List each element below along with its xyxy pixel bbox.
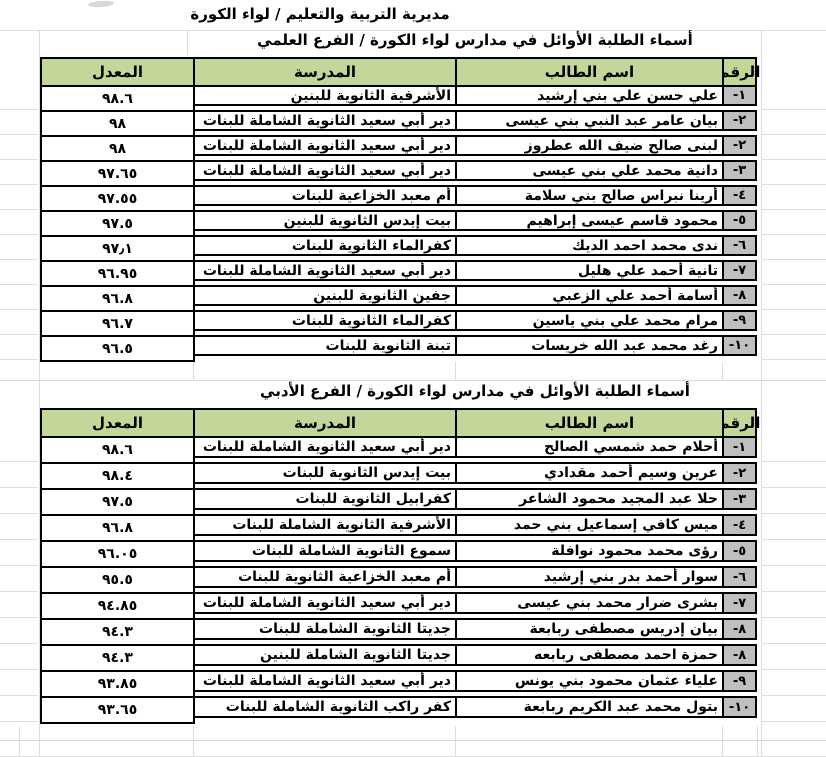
student-name-cell[interactable]: رؤى محمد محمود نوافلة xyxy=(455,540,724,562)
student-name-cell[interactable]: بتول محمد عبد الكريم ربابعة xyxy=(455,696,724,718)
table-row: -٢ بيان عامر عبد النبي بني عيسى دير أبي … xyxy=(40,110,757,137)
school-cell[interactable]: دير أبي سعيد الثانوية الشاملة للبنات xyxy=(193,260,457,281)
student-name-cell[interactable]: تانية أحمد علي هليل xyxy=(455,260,724,281)
rank-cell[interactable]: -١٠ xyxy=(722,696,757,718)
rank-cell[interactable]: -١٠ xyxy=(722,335,757,356)
school-cell[interactable]: أم معبد الخزاعية للبنات xyxy=(193,185,457,206)
header-school[interactable]: المدرسة xyxy=(193,57,457,87)
average-cell[interactable]: ٩٧.٥٥ xyxy=(40,185,195,212)
table-row: -١٠ رغد محمد عبد الله خريسات تبنة الثانو… xyxy=(40,335,757,362)
table-row: -٦ ندى محمد احمد الديك كفرالماء الثانوية… xyxy=(40,235,757,262)
rank-cell[interactable]: -٥ xyxy=(722,540,757,562)
average-cell[interactable]: ٩٣.٦٥ xyxy=(40,696,195,724)
table-row: -١ أحلام حمد شمسي الصالح دير أبي سعيد ال… xyxy=(40,436,757,464)
rank-cell[interactable]: -٧ xyxy=(722,260,757,281)
school-cell[interactable]: دير أبي سعيد الثانوية الشاملة للبنات xyxy=(193,592,457,614)
table-row: -٥ محمود قاسم عيسى إبراهيم بيت إيدس الثا… xyxy=(40,210,757,237)
rank-cell[interactable]: -١ xyxy=(722,85,757,106)
rank-cell[interactable]: -٢ xyxy=(722,462,757,484)
table-row: -٧ تانية أحمد علي هليل دير أبي سعيد الثا… xyxy=(40,260,757,287)
school-cell[interactable]: دير أبي سعيد الثانوية الشاملة للبنات xyxy=(193,670,457,692)
header-average[interactable]: المعدل xyxy=(40,408,195,438)
table-subtitle-literary[interactable]: أسماء الطلبة الأوائل في مدارس لواء الكور… xyxy=(193,382,757,400)
student-name-cell[interactable]: محمود قاسم عيسى إبراهيم xyxy=(455,210,724,231)
table-row: -٣ دانية محمد علي بني عيسى دير أبي سعيد … xyxy=(40,160,757,187)
gridline xyxy=(0,85,38,361)
rank-cell[interactable]: -٤ xyxy=(722,185,757,206)
school-cell[interactable]: الأشرفية الثانوية للبنين xyxy=(193,85,457,106)
table-body: -١ أحلام حمد شمسي الصالح دير أبي سعيد ال… xyxy=(40,436,757,724)
school-cell[interactable]: كفرابيل الثانوية للبنات xyxy=(193,488,457,510)
gridline xyxy=(193,362,194,380)
table-header-row: الرقم اسم الطالب المدرسة المعدل xyxy=(40,57,757,87)
rank-cell[interactable]: -٨ xyxy=(722,618,757,640)
average-cell[interactable]: ٩٨ xyxy=(40,135,195,162)
school-cell[interactable]: دير أبي سعيد الثانوية الشاملة للبنات xyxy=(193,436,457,458)
table-row: -٩ علياء عثمان محمود بني يونس دير أبي سع… xyxy=(40,670,757,698)
school-cell[interactable]: كفر راكب الثانوية الشاملة للبنات xyxy=(193,696,457,718)
rank-cell[interactable]: -٢ xyxy=(722,110,757,131)
header-school[interactable]: المدرسة xyxy=(193,408,457,438)
rank-cell[interactable]: -٦ xyxy=(722,235,757,256)
gridline xyxy=(0,380,826,381)
table-subtitle-scientific[interactable]: أسماء الطلبة الأوائل في مدارس لواء الكور… xyxy=(193,31,757,49)
table-row: -٨ أسامة أحمد علي الزعبي جفين الثانوية ل… xyxy=(40,285,757,312)
school-cell[interactable]: جديتا الثانوية الشاملة للبنين xyxy=(193,644,457,666)
school-cell[interactable]: سموع الثانوية الشاملة للبنات xyxy=(193,540,457,562)
student-name-cell[interactable]: علياء عثمان محمود بني يونس xyxy=(455,670,724,692)
spreadsheet-page: { "page": { "title": "مديرية التربية وال… xyxy=(0,0,826,757)
school-cell[interactable]: دير أبي سعيد الثانوية الشاملة للبنات xyxy=(193,160,457,181)
average-cell[interactable]: ٩٧.٥ xyxy=(40,488,195,516)
school-cell[interactable]: الأشرفية الثانوية الشاملة للبنات xyxy=(193,514,457,536)
student-name-cell[interactable]: حمزة احمد مصطفى ربابعه xyxy=(455,644,724,666)
school-cell[interactable]: بيت إيدس الثانوية للبنات xyxy=(193,462,457,484)
table-row: -٨ بيان إدريس مصطفى ربابعة جديتا الثانوي… xyxy=(40,618,757,646)
gridline xyxy=(722,726,723,757)
gridline xyxy=(762,436,826,723)
average-cell[interactable]: ٩٧٫١ xyxy=(40,235,195,262)
average-cell[interactable]: ٩٥.٥ xyxy=(40,566,195,594)
average-cell[interactable]: ٩٦.٩٥ xyxy=(40,260,195,287)
rank-cell[interactable]: -٣ xyxy=(722,488,757,510)
average-cell[interactable]: ٩٣.٨٥ xyxy=(40,670,195,698)
table-row: -٢ عرين وسيم أحمد مقدادي بيت إيدس الثانو… xyxy=(40,462,757,490)
average-cell[interactable]: ٩٧.٥ xyxy=(40,210,195,237)
student-name-cell[interactable]: عرين وسيم أحمد مقدادي xyxy=(455,462,724,484)
table-row: -٧ بشرى ضرار محمد بني عيسى دير أبي سعيد … xyxy=(40,592,757,620)
average-cell[interactable]: ٩٨ xyxy=(40,110,195,137)
average-cell[interactable]: ٩٤.٣ xyxy=(40,618,195,646)
header-student-name[interactable]: اسم الطالب xyxy=(455,57,724,87)
gridline xyxy=(19,726,20,757)
school-cell[interactable]: بيت إيدس الثانوية للبنين xyxy=(193,210,457,231)
rank-cell[interactable]: -٨ xyxy=(722,644,757,666)
rank-cell[interactable]: -٤ xyxy=(722,514,757,536)
student-name-cell[interactable]: ندى محمد احمد الديك xyxy=(455,235,724,256)
gridline xyxy=(0,740,826,741)
student-name-cell[interactable]: رغد محمد عبد الله خريسات xyxy=(455,335,724,356)
table-row: -٥ رؤى محمد محمود نوافلة سموع الثانوية ا… xyxy=(40,540,757,568)
school-cell[interactable]: دير أبي سعيد الثانوية الشاملة للبنات xyxy=(193,135,457,156)
rank-cell[interactable]: -٦ xyxy=(722,566,757,588)
table-row: -٩ مرام محمد علي بني ياسين كفرالماء الثا… xyxy=(40,310,757,337)
school-cell[interactable]: جديتا الثانوية الشاملة للبنات xyxy=(193,618,457,640)
table-row: -٢ لبنى صالح ضيف الله عطروز دير أبي سعيد… xyxy=(40,135,757,162)
school-cell[interactable]: كفرالماء الثانوية للبنات xyxy=(193,235,457,256)
table-row: -٣ حلا عبد المجيد محمود الشاعر كفرابيل ا… xyxy=(40,488,757,516)
page-title[interactable]: مديرية التربية والتعليم / لواء الكورة xyxy=(40,5,600,23)
header-rank[interactable]: الرقم xyxy=(722,408,757,438)
student-name-cell[interactable]: بيان إدريس مصطفى ربابعة xyxy=(455,618,724,640)
gridline xyxy=(187,30,188,55)
gridline xyxy=(455,726,456,757)
student-name-cell[interactable]: أحلام حمد شمسي الصالح xyxy=(455,436,724,458)
table-row: -٤ ميس كافي إسماعيل بني حمد الأشرفية الث… xyxy=(40,514,757,542)
student-name-cell[interactable]: لبنى صالح ضيف الله عطروز xyxy=(455,135,724,156)
gridline xyxy=(722,362,723,380)
student-name-cell[interactable]: دانية محمد علي بني عيسى xyxy=(455,160,724,181)
table-row: -٤ أرينا نبراس صالح بني سلامة أم معبد ال… xyxy=(40,185,757,212)
rank-cell[interactable]: -٢ xyxy=(722,135,757,156)
table-header-row: الرقم اسم الطالب المدرسة المعدل xyxy=(40,408,757,438)
student-name-cell[interactable]: علي حسن علي بني إرشيد xyxy=(455,85,724,106)
rank-cell[interactable]: -٣ xyxy=(722,160,757,181)
rank-cell[interactable]: -٩ xyxy=(722,670,757,692)
header-rank[interactable]: الرقم xyxy=(722,57,757,87)
student-name-cell[interactable]: أسامة أحمد علي الزعبي xyxy=(455,285,724,306)
table-body: -١ علي حسن علي بني إرشيد الأشرفية الثانو… xyxy=(40,85,757,362)
average-cell[interactable]: ٩٤.٨٥ xyxy=(40,592,195,620)
average-cell[interactable]: ٩٤.٣ xyxy=(40,644,195,672)
table-row: -١٠ بتول محمد عبد الكريم ربابعة كفر راكب… xyxy=(40,696,757,724)
rank-cell[interactable]: -٧ xyxy=(722,592,757,614)
average-cell[interactable]: ٩٦.٨ xyxy=(40,514,195,542)
table-row: -١ علي حسن علي بني إرشيد الأشرفية الثانو… xyxy=(40,85,757,112)
student-name-cell[interactable]: بشرى ضرار محمد بني عيسى xyxy=(455,592,724,614)
student-name-cell[interactable]: بيان عامر عبد النبي بني عيسى xyxy=(455,110,724,131)
student-name-cell[interactable]: مرام محمد علي بني ياسين xyxy=(455,310,724,331)
gridline xyxy=(455,362,456,380)
average-cell[interactable]: ٩٦.٧ xyxy=(40,310,195,337)
school-cell[interactable]: أم معبد الخزاعية الثانوية للبنات xyxy=(193,566,457,588)
rank-cell[interactable]: -٥ xyxy=(722,210,757,231)
school-cell[interactable]: جفين الثانوية للبنين xyxy=(193,285,457,306)
school-cell[interactable]: دير أبي سعيد الثانوية الشاملة للبنات xyxy=(193,110,457,131)
scientific-branch-table: أسماء الطلبة الأوائل في مدارس لواء الكور… xyxy=(40,57,757,362)
student-name-cell[interactable]: أرينا نبراس صالح بني سلامة xyxy=(455,185,724,206)
student-name-cell[interactable]: حلا عبد المجيد محمود الشاعر xyxy=(455,488,724,510)
school-cell[interactable]: تبنة الثانوية للبنات xyxy=(193,335,457,356)
student-name-cell[interactable]: سوار أحمد بدر بني إرشيد xyxy=(455,566,724,588)
average-cell[interactable]: ٩٨.٦ xyxy=(40,85,195,112)
average-cell[interactable]: ٩٦.٠٥ xyxy=(40,540,195,568)
average-cell[interactable]: ٩٦.٥ xyxy=(40,335,195,362)
gridline xyxy=(757,726,758,757)
average-cell[interactable]: ٩٦.٨ xyxy=(40,285,195,312)
rank-cell[interactable]: -١ xyxy=(722,436,757,458)
average-cell[interactable]: ٩٧.٦٥ xyxy=(40,160,195,187)
average-cell[interactable]: ٩٨.٤ xyxy=(40,462,195,490)
table-row: -٨ حمزة احمد مصطفى ربابعه جديتا الثانوية… xyxy=(40,644,757,672)
average-cell[interactable]: ٩٨.٦ xyxy=(40,436,195,464)
gridline xyxy=(0,436,38,723)
literary-branch-table: أسماء الطلبة الأوائل في مدارس لواء الكور… xyxy=(40,408,757,724)
rank-cell[interactable]: -٨ xyxy=(722,285,757,306)
student-name-cell[interactable]: ميس كافي إسماعيل بني حمد xyxy=(455,514,724,536)
gridline xyxy=(762,85,826,361)
rank-cell[interactable]: -٩ xyxy=(722,310,757,331)
table-row: -٦ سوار أحمد بدر بني إرشيد أم معبد الخزا… xyxy=(40,566,757,594)
gridline xyxy=(193,726,194,757)
header-average[interactable]: المعدل xyxy=(40,57,195,87)
school-cell[interactable]: كفرالماء الثانوية للبنات xyxy=(193,310,457,331)
header-student-name[interactable]: اسم الطالب xyxy=(455,408,724,438)
